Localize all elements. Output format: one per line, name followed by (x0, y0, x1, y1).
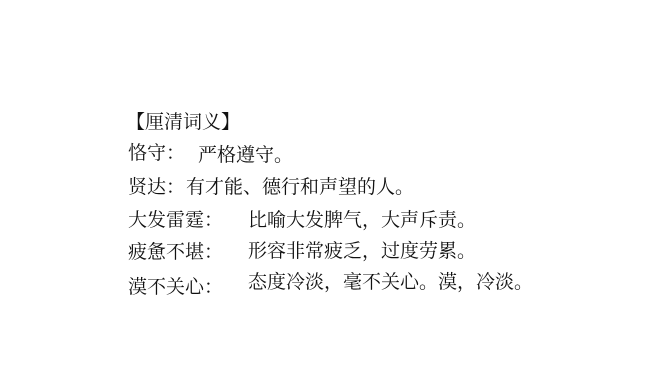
vocab-definition: 比喻大发脾气，大声斥责。 (248, 208, 476, 232)
vocab-entry: 大发雷霆： 比喻大发脾气，大声斥责。 (128, 208, 588, 232)
vocab-term: 大发雷霆： (128, 208, 223, 232)
vocab-definition: 态度冷淡，毫不关心。漠，冷淡。 (248, 270, 533, 294)
vocab-definition: 严格遵守。 (198, 143, 293, 167)
vocab-entry: 贤达： 有才能、德行和声望的人。 (128, 175, 588, 199)
vocab-definition: 有才能、德行和声望的人。 (186, 175, 414, 199)
vocab-term: 贤达： (128, 175, 185, 199)
section-heading: 【厘清词义】 (126, 110, 240, 134)
vocab-term: 疲惫不堪： (128, 240, 223, 264)
vocab-entry: 恪守： 严格遵守。 (128, 141, 588, 165)
vocab-entry: 漠不关心： 态度冷淡，毫不关心。漠，冷淡。 (128, 275, 588, 299)
vocab-definition: 形容非常疲乏，过度劳累。 (248, 239, 476, 263)
vocab-entry: 疲惫不堪： 形容非常疲乏，过度劳累。 (128, 240, 588, 264)
vocab-term: 恪守： (128, 141, 185, 165)
vocab-term: 漠不关心： (128, 275, 223, 299)
